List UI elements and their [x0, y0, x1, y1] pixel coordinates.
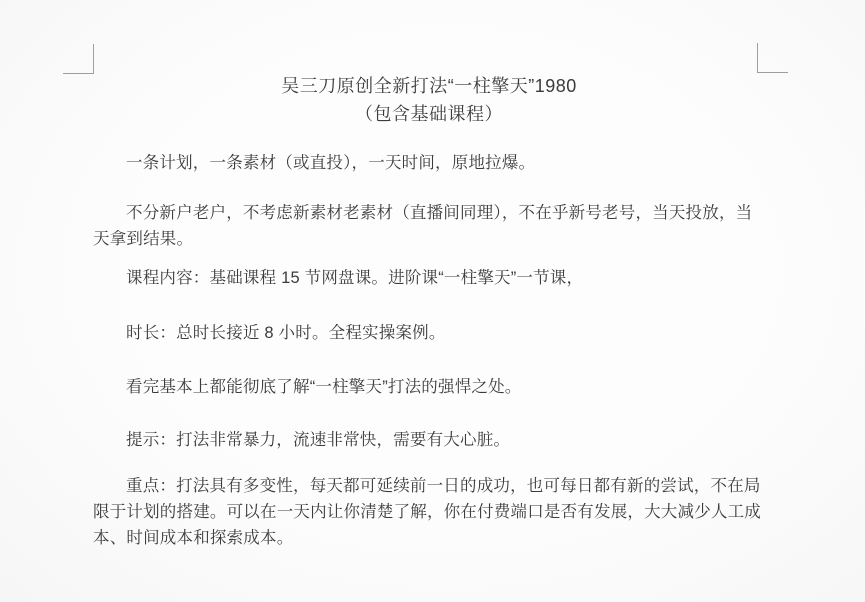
document-page: 吴三刀原创全新打法“一柱擎天”1980 （包含基础课程） 一条计划，一条素材（或…	[0, 0, 865, 602]
page-margin-mark-top-left	[63, 44, 94, 74]
paragraph-line: 重点：打法具有多变性，每天都可延续前一日的成功，也可每日都有新的尝试，不在局	[93, 473, 765, 499]
paragraph-4: 时长：总时长接近 8 小时。全程实操案例。	[93, 320, 765, 346]
paragraph-line: 本、时间成本和探索成本。	[93, 525, 765, 551]
document-body: 吴三刀原创全新打法“一柱擎天”1980 （包含基础课程） 一条计划，一条素材（或…	[93, 0, 765, 602]
paragraph-6: 提示：打法非常暴力，流速非常快，需要有大心脏。	[93, 427, 765, 453]
paragraph-1: 一条计划，一条素材（或直投），一天时间，原地拉爆。	[93, 150, 765, 176]
document-title: 吴三刀原创全新打法“一柱擎天”1980	[93, 72, 765, 100]
paragraph-line: 课程内容：基础课程 15 节网盘课。进阶课“一柱擎天”一节课，	[93, 265, 765, 291]
paragraph-line: 一条计划，一条素材（或直投），一天时间，原地拉爆。	[93, 150, 765, 176]
paragraph-line: 不分新户老户，不考虑新素材老素材（直播间同理），不在乎新号老号，当天投放，当	[93, 200, 765, 226]
title-block: 吴三刀原创全新打法“一柱擎天”1980 （包含基础课程）	[93, 72, 765, 128]
paragraph-7: 重点：打法具有多变性，每天都可延续前一日的成功，也可每日都有新的尝试，不在局 限…	[93, 473, 765, 551]
paragraph-line: 时长：总时长接近 8 小时。全程实操案例。	[93, 320, 765, 346]
paragraph-line: 限于计划的搭建。可以在一天内让你清楚了解，你在付费端口是否有发展，大大减少人工成	[93, 499, 765, 525]
paragraph-line: 天拿到结果。	[93, 226, 765, 252]
paragraph-2: 不分新户老户，不考虑新素材老素材（直播间同理），不在乎新号老号，当天投放，当 天…	[93, 200, 765, 252]
paragraph-5: 看完基本上都能彻底了解“一柱擎天”打法的强悍之处。	[93, 374, 765, 400]
paragraph-line: 看完基本上都能彻底了解“一柱擎天”打法的强悍之处。	[93, 374, 765, 400]
paragraph-3: 课程内容：基础课程 15 节网盘课。进阶课“一柱擎天”一节课，	[93, 265, 765, 291]
paragraph-line: 提示：打法非常暴力，流速非常快，需要有大心脏。	[93, 427, 765, 453]
document-subtitle: （包含基础课程）	[93, 100, 765, 128]
